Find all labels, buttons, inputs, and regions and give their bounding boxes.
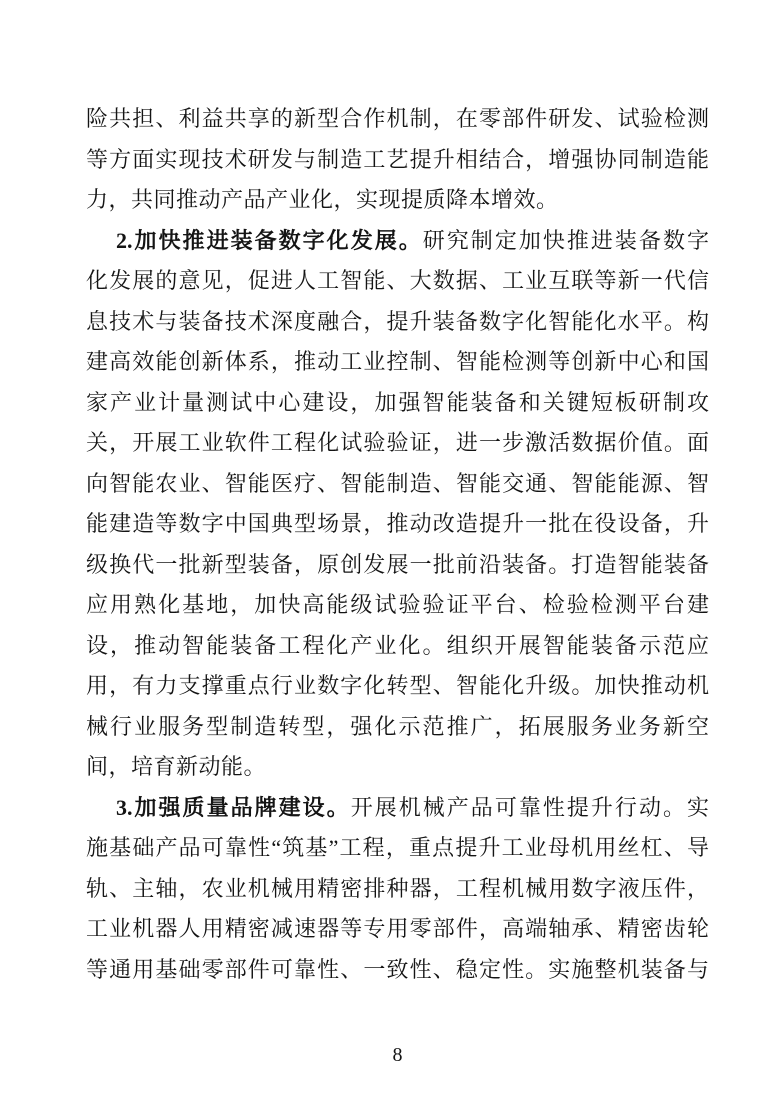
paragraph-3-heading: 3.加强质量品牌建设。 [116, 795, 351, 820]
line-text: 建高效能创新体系，推动工业控制、智能检测等创新中心和国 [86, 349, 709, 374]
text-line-11: 能建造等数字中国典型场景，推动改造提升一批在役设备，升 [86, 504, 709, 545]
text-line-13: 应用熟化基地，加快高能级试验验证平台、检验检测平台建 [86, 585, 709, 626]
line-text: 工业机器人用精密减速器等专用零部件，高端轴承、精密齿轮 [86, 916, 709, 941]
line-text: 险共担、利益共享的新型合作机制，在零部件研发、试验检测 [86, 106, 709, 131]
text-line-2: 等方面实现技术研发与制造工艺提升相结合，增强协同制造能 [86, 140, 709, 181]
line-text: 力，共同推动产品产业化，实现提质降本增效。 [86, 187, 559, 212]
text-line-22: 等通用基础零部件可靠性、一致性、稳定性。实施整机装备与 [86, 950, 709, 991]
line-text: 间，培育新动能。 [86, 754, 266, 779]
text-line-20: 轨、主轴，农业机械用精密排种器，工程机械用数字液压件， [86, 869, 709, 910]
text-line-10: 向智能农业、智能医疗、智能制造、智能交通、智能能源、智 [86, 464, 709, 505]
line-text: 级换代一批新型装备，原创发展一批前沿装备。打造智能装备 [86, 552, 709, 577]
line-text: 应用熟化基地，加快高能级试验验证平台、检验检测平台建 [86, 592, 709, 617]
line-text: 研究制定加快推进装备数字 [423, 228, 709, 253]
line-text: 家产业计量测试中心建设，加强智能装备和关键短板研制攻 [86, 390, 709, 415]
text-line-5: 化发展的意见，促进人工智能、大数据、工业互联等新一代信 [86, 261, 709, 302]
text-line-16: 械行业服务型制造转型，强化示范推广，拓展服务业务新空 [86, 707, 709, 748]
document-page: 险共担、利益共享的新型合作机制，在零部件研发、试验检测 等方面实现技术研发与制造… [0, 0, 783, 1109]
document-body: 险共担、利益共享的新型合作机制，在零部件研发、试验检测 等方面实现技术研发与制造… [86, 99, 709, 990]
line-text: 化发展的意见，促进人工智能、大数据、工业互联等新一代信 [86, 268, 709, 293]
text-line-4: 2.加快推进装备数字化发展。研究制定加快推进装备数字 [86, 221, 709, 262]
line-text: 用，有力支撑重点行业数字化转型、智能化升级。加快推动机 [86, 673, 709, 698]
line-text: 轨、主轴，农业机械用精密排种器，工程机械用数字液压件， [86, 876, 709, 901]
text-line-12: 级换代一批新型装备，原创发展一批前沿装备。打造智能装备 [86, 545, 709, 586]
line-text: 械行业服务型制造转型，强化示范推广，拓展服务业务新空 [86, 714, 709, 739]
page-number: 8 [86, 1042, 709, 1068]
text-line-7: 建高效能创新体系，推动工业控制、智能检测等创新中心和国 [86, 342, 709, 383]
text-line-1: 险共担、利益共享的新型合作机制，在零部件研发、试验检测 [86, 99, 709, 140]
line-text: 施基础产品可靠性“筑基”工程，重点提升工业母机用丝杠、导 [86, 835, 709, 860]
text-line-6: 息技术与装备技术深度融合，提升装备数字化智能化水平。构 [86, 302, 709, 343]
line-text: 关，开展工业软件工程化试验验证，进一步激活数据价值。面 [86, 430, 709, 455]
line-text: 开展机械产品可靠性提升行动。实 [351, 795, 709, 820]
line-text: 能建造等数字中国典型场景，推动改造提升一批在役设备，升 [86, 511, 709, 536]
text-line-14: 设，推动智能装备工程化产业化。组织开展智能装备示范应 [86, 626, 709, 667]
line-text: 向智能农业、智能医疗、智能制造、智能交通、智能能源、智 [86, 471, 709, 496]
text-line-18: 3.加强质量品牌建设。开展机械产品可靠性提升行动。实 [86, 788, 709, 829]
paragraph-2-heading: 2.加快推进装备数字化发展。 [116, 228, 423, 253]
text-line-8: 家产业计量测试中心建设，加强智能装备和关键短板研制攻 [86, 383, 709, 424]
line-text: 息技术与装备技术深度融合，提升装备数字化智能化水平。构 [86, 309, 709, 334]
text-line-3: 力，共同推动产品产业化，实现提质降本增效。 [86, 180, 709, 221]
line-text: 等通用基础零部件可靠性、一致性、稳定性。实施整机装备与 [86, 957, 709, 982]
line-text: 等方面实现技术研发与制造工艺提升相结合，增强协同制造能 [86, 147, 709, 172]
text-line-21: 工业机器人用精密减速器等专用零部件，高端轴承、精密齿轮 [86, 909, 709, 950]
text-line-9: 关，开展工业软件工程化试验验证，进一步激活数据价值。面 [86, 423, 709, 464]
text-line-17: 间，培育新动能。 [86, 747, 709, 788]
text-line-15: 用，有力支撑重点行业数字化转型、智能化升级。加快推动机 [86, 666, 709, 707]
line-text: 设，推动智能装备工程化产业化。组织开展智能装备示范应 [86, 633, 709, 658]
text-line-19: 施基础产品可靠性“筑基”工程，重点提升工业母机用丝杠、导 [86, 828, 709, 869]
